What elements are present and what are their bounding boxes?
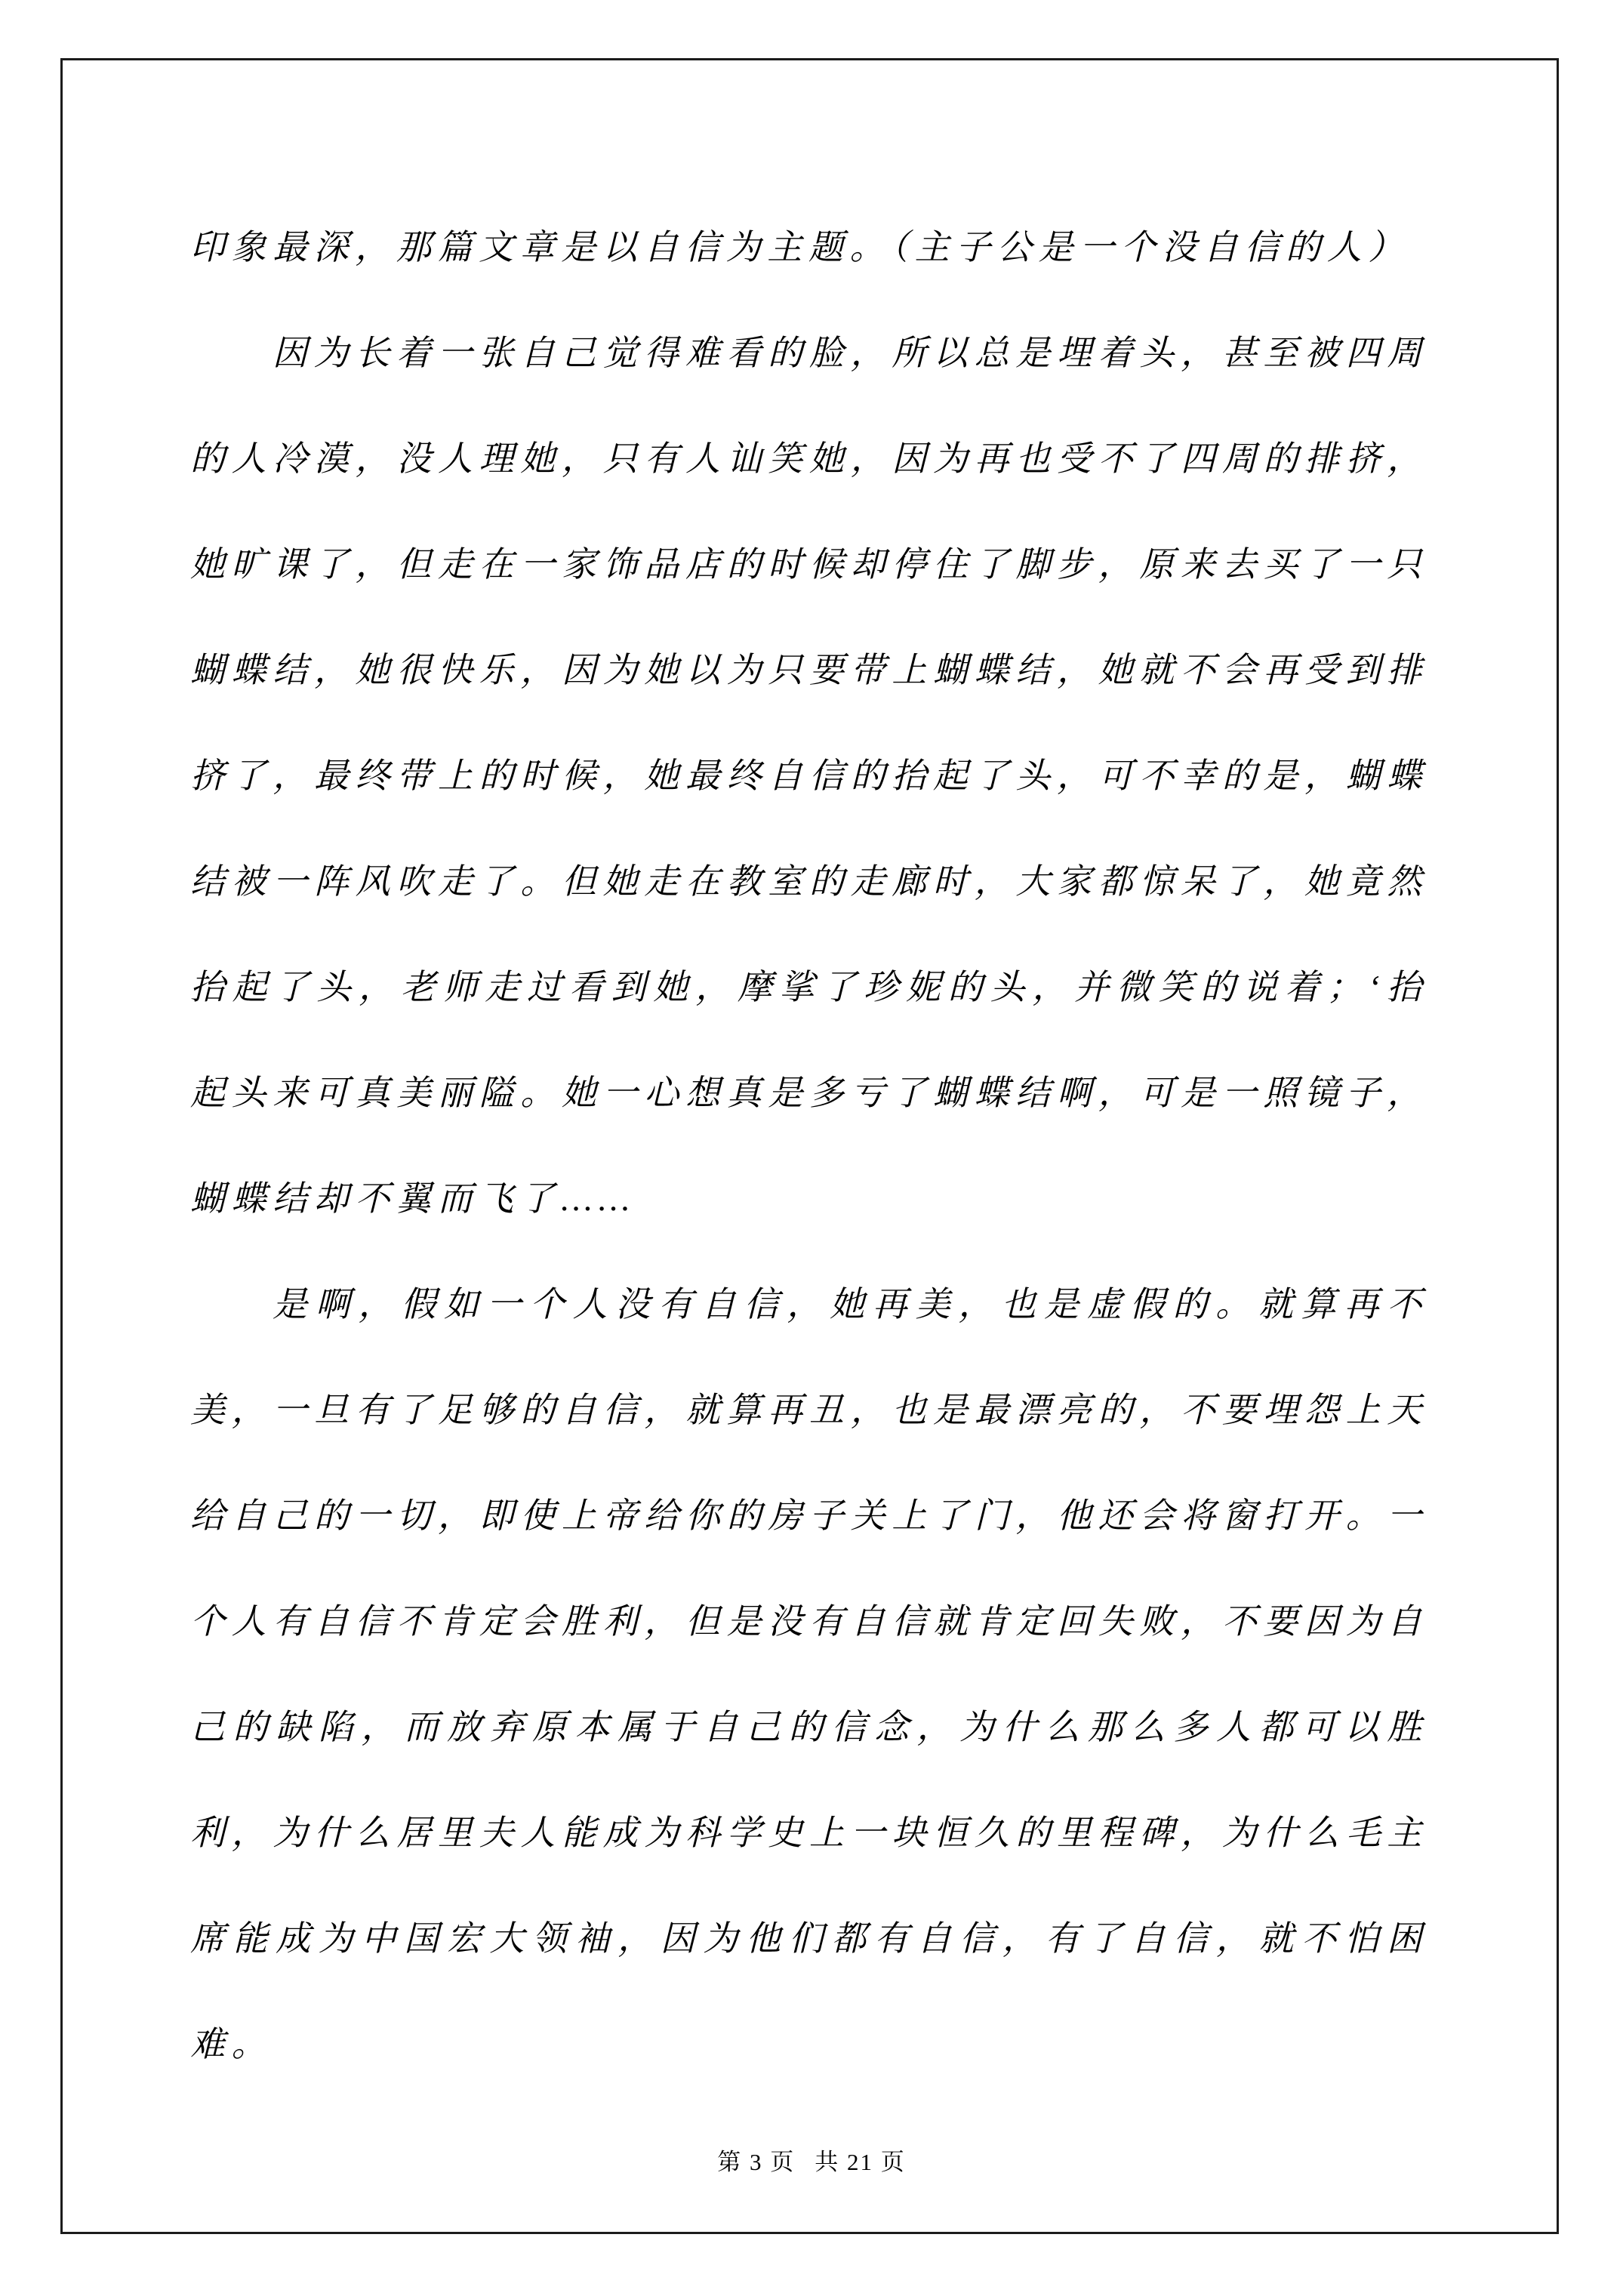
- paragraph-conclusion: 是啊，假如一个人没有自信，她再美，也是虚假的。就算再不美，一旦有了足够的自信，就…: [190, 1252, 1428, 2097]
- page-number-label: 第 3 页: [717, 2149, 795, 2175]
- document-body: 印象最深，那篇文章是以自信为主题。（主子公是一个没自信的人） 因为长着一张自己觉…: [190, 195, 1428, 2097]
- paragraph-continuation: 印象最深，那篇文章是以自信为主题。（主子公是一个没自信的人）: [190, 195, 1428, 300]
- paragraph-story: 因为长着一张自己觉得难看的脸，所以总是埋着头，甚至被四周的人冷漠，没人理她，只有…: [190, 300, 1428, 1252]
- total-pages-label: 共 21 页: [815, 2149, 906, 2175]
- page-footer: 第 3 页共 21 页: [0, 2143, 1623, 2177]
